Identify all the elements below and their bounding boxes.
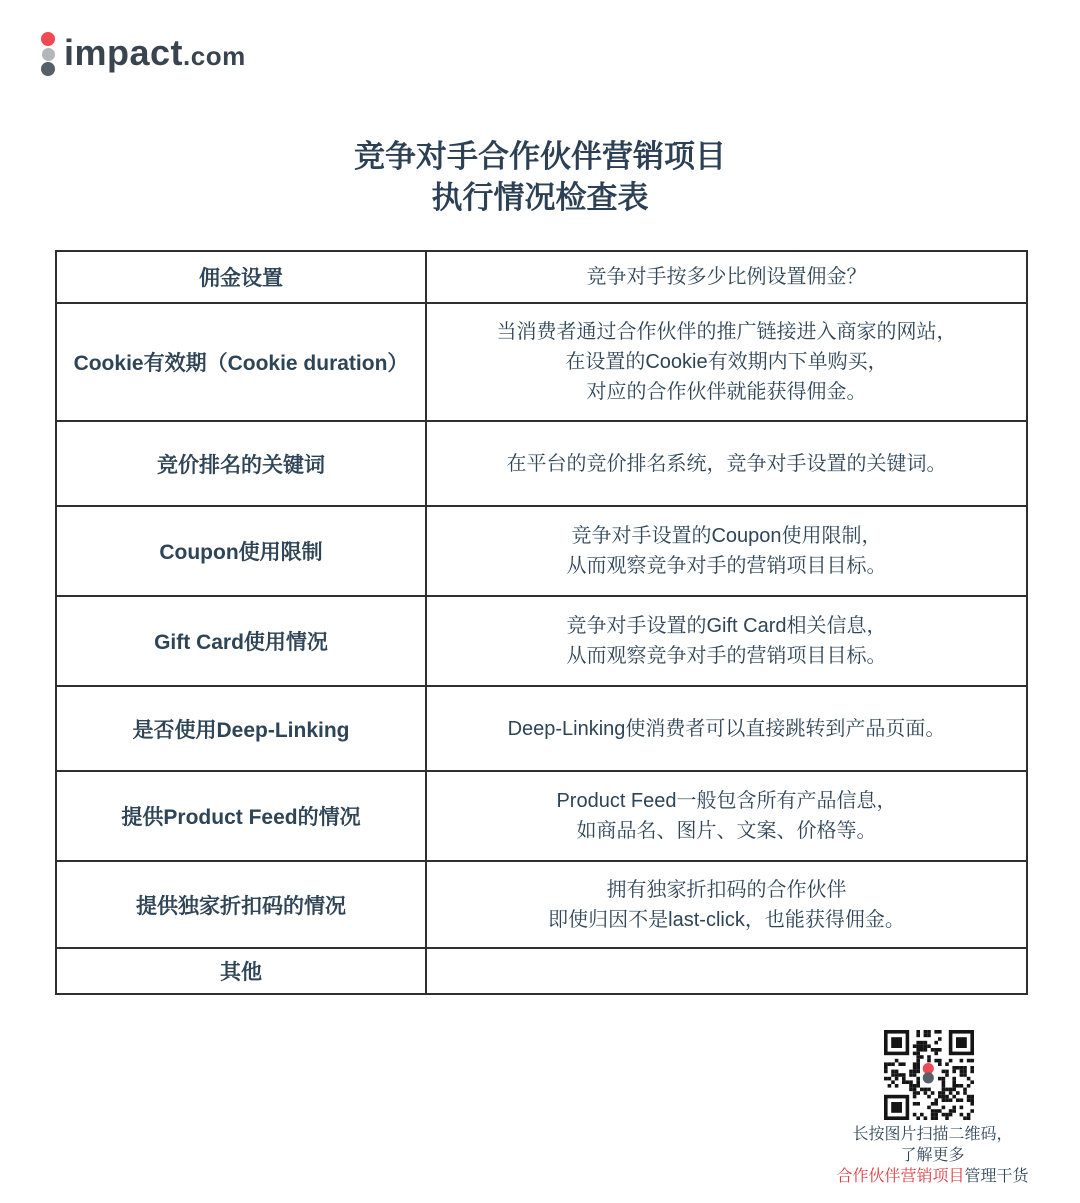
qr-caption-line3: 合作伙伴营销项目管理干货 bbox=[800, 1166, 1065, 1187]
checklist-table: 佣金设置 竞争对手按多少比例设置佣金？ Cookie有效期（Cookie dur… bbox=[55, 250, 1028, 995]
qr-caption-line3-rest: 管理干货 bbox=[965, 1168, 1029, 1185]
row-description: 拥有独家折扣码的合作伙伴 即使归因不是last-click，也能获得佣金。 bbox=[426, 861, 1027, 948]
qr-caption-line2: 了解更多 bbox=[800, 1145, 1065, 1166]
page-title: 竞争对手合作伙伴营销项目 执行情况检查表 bbox=[0, 136, 1080, 218]
row-label: Coupon使用限制 bbox=[56, 506, 426, 596]
row-description: 当消费者通过合作伙伴的推广链接进入商家的网站， 在设置的Cookie有效期内下单… bbox=[426, 303, 1027, 421]
row-description: Product Feed一般包含所有产品信息， 如商品名、图片、文案、价格等。 bbox=[426, 771, 1027, 861]
logo-text-main: impact bbox=[64, 32, 183, 73]
impact-logo: impact.com bbox=[40, 28, 246, 86]
row-label: 竞价排名的关键词 bbox=[56, 421, 426, 506]
logo-red-dot-icon bbox=[41, 32, 55, 46]
row-description: 竞争对手按多少比例设置佣金？ bbox=[426, 251, 1027, 303]
row-description: 竞争对手设置的Coupon使用限制， 从而观察竞争对手的营销项目目标。 bbox=[426, 506, 1027, 596]
row-description: Deep-Linking使消费者可以直接跳转到产品页面。 bbox=[426, 686, 1027, 771]
page-title-line2: 执行情况检查表 bbox=[0, 177, 1080, 218]
page-title-line1: 竞争对手合作伙伴营销项目 bbox=[0, 136, 1080, 177]
row-label: 其他 bbox=[56, 948, 426, 994]
table-row: 其他 bbox=[56, 948, 1027, 994]
table-row: Gift Card使用情况 竞争对手设置的Gift Card相关信息， 从而观察… bbox=[56, 596, 1027, 686]
row-label: 佣金设置 bbox=[56, 251, 426, 303]
qr-caption-line3-highlight: 合作伙伴营销项目 bbox=[836, 1168, 964, 1185]
row-label: 提供独家折扣码的情况 bbox=[56, 861, 426, 948]
table-row: 是否使用Deep-Linking Deep-Linking使消费者可以直接跳转到… bbox=[56, 686, 1027, 771]
table-row: 提供Product Feed的情况 Product Feed一般包含所有产品信息… bbox=[56, 771, 1027, 861]
table-row: 提供独家折扣码的情况 拥有独家折扣码的合作伙伴 即使归因不是last-click… bbox=[56, 861, 1027, 948]
logo-dark-dot-icon bbox=[41, 62, 55, 76]
logo-light-dot-icon bbox=[42, 48, 55, 61]
qr-code bbox=[884, 1030, 974, 1120]
row-label: 是否使用Deep-Linking bbox=[56, 686, 426, 771]
qr-caption: 长按图片扫描二维码， 了解更多 合作伙伴营销项目管理干货 bbox=[800, 1124, 1065, 1187]
row-description: 竞争对手设置的Gift Card相关信息， 从而观察竞争对手的营销项目目标。 bbox=[426, 596, 1027, 686]
impact-logo-dots-icon bbox=[40, 28, 57, 78]
table-row: 竞价排名的关键词 在平台的竞价排名系统，竞争对手设置的关键词。 bbox=[56, 421, 1027, 506]
logo-text-suffix: .com bbox=[183, 41, 246, 71]
table-row: Coupon使用限制 竞争对手设置的Coupon使用限制， 从而观察竞争对手的营… bbox=[56, 506, 1027, 596]
row-label: 提供Product Feed的情况 bbox=[56, 771, 426, 861]
qr-caption-line1: 长按图片扫描二维码， bbox=[800, 1124, 1065, 1145]
row-description: 在平台的竞价排名系统，竞争对手设置的关键词。 bbox=[426, 421, 1027, 506]
qr-code-svg bbox=[884, 1030, 974, 1120]
row-label: Cookie有效期（Cookie duration） bbox=[56, 303, 426, 421]
row-description bbox=[426, 948, 1027, 994]
row-label: Gift Card使用情况 bbox=[56, 596, 426, 686]
logo-wordmark: impact.com bbox=[64, 28, 246, 86]
table-row: 佣金设置 竞争对手按多少比例设置佣金？ bbox=[56, 251, 1027, 303]
table-row: Cookie有效期（Cookie duration） 当消费者通过合作伙伴的推广… bbox=[56, 303, 1027, 421]
